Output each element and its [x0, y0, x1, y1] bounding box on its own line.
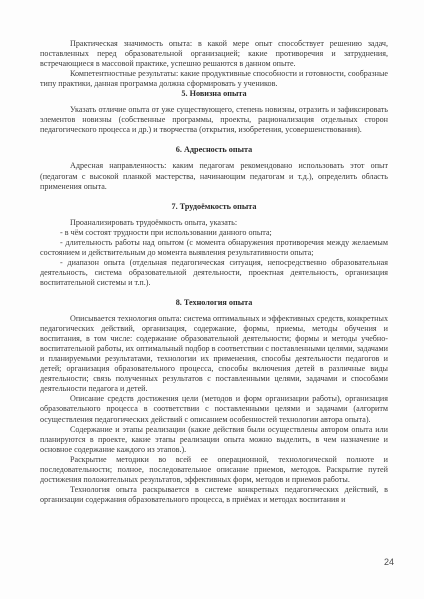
list-item-range: - диапазон опыта (отдельная педагогическ… — [40, 258, 388, 288]
paragraph-technology-description: Описывается технология опыта: система оп… — [40, 314, 388, 394]
spacer — [40, 288, 388, 298]
spacer — [40, 192, 388, 202]
page-number: 24 — [384, 557, 394, 567]
page-body: Практическая значимость опыта: в какой м… — [40, 39, 388, 505]
paragraph-novelty: Указать отличие опыта от уже существующе… — [40, 105, 388, 135]
paragraph-methodology: Раскрытие методики во всей ее операционн… — [40, 455, 388, 485]
heading-novelty: 5. Новизна опыта — [40, 89, 388, 99]
paragraph-stages: Содержание и этапы реализации (какие дей… — [40, 425, 388, 455]
paragraph-competency-results: Компетентностные результаты: какие проду… — [40, 69, 388, 89]
paragraph-technology-system: Технология опыта раскрывается в системе … — [40, 485, 388, 505]
paragraph-targeting: Адресная направленность: каким педагогам… — [40, 161, 388, 191]
paragraph-practical-significance: Практическая значимость опыта: в какой м… — [40, 39, 388, 69]
paragraph-labor-intro: Проанализировать трудоёмкость опыта, ука… — [40, 218, 388, 228]
list-item-difficulties: - в чём состоят трудности при использова… — [40, 228, 388, 238]
paragraph-means-description: Описание средств достижения цели (методо… — [40, 394, 388, 424]
document-page: Практическая значимость опыта: в какой м… — [0, 0, 424, 599]
heading-technology: 8. Технология опыта — [40, 298, 388, 308]
heading-targeting: 6. Адресность опыта — [40, 145, 388, 155]
spacer — [40, 135, 388, 145]
list-item-duration: - длительность работы над опытом (с моме… — [40, 238, 388, 258]
heading-labor-intensity: 7. Трудоёмкость опыта — [40, 202, 388, 212]
